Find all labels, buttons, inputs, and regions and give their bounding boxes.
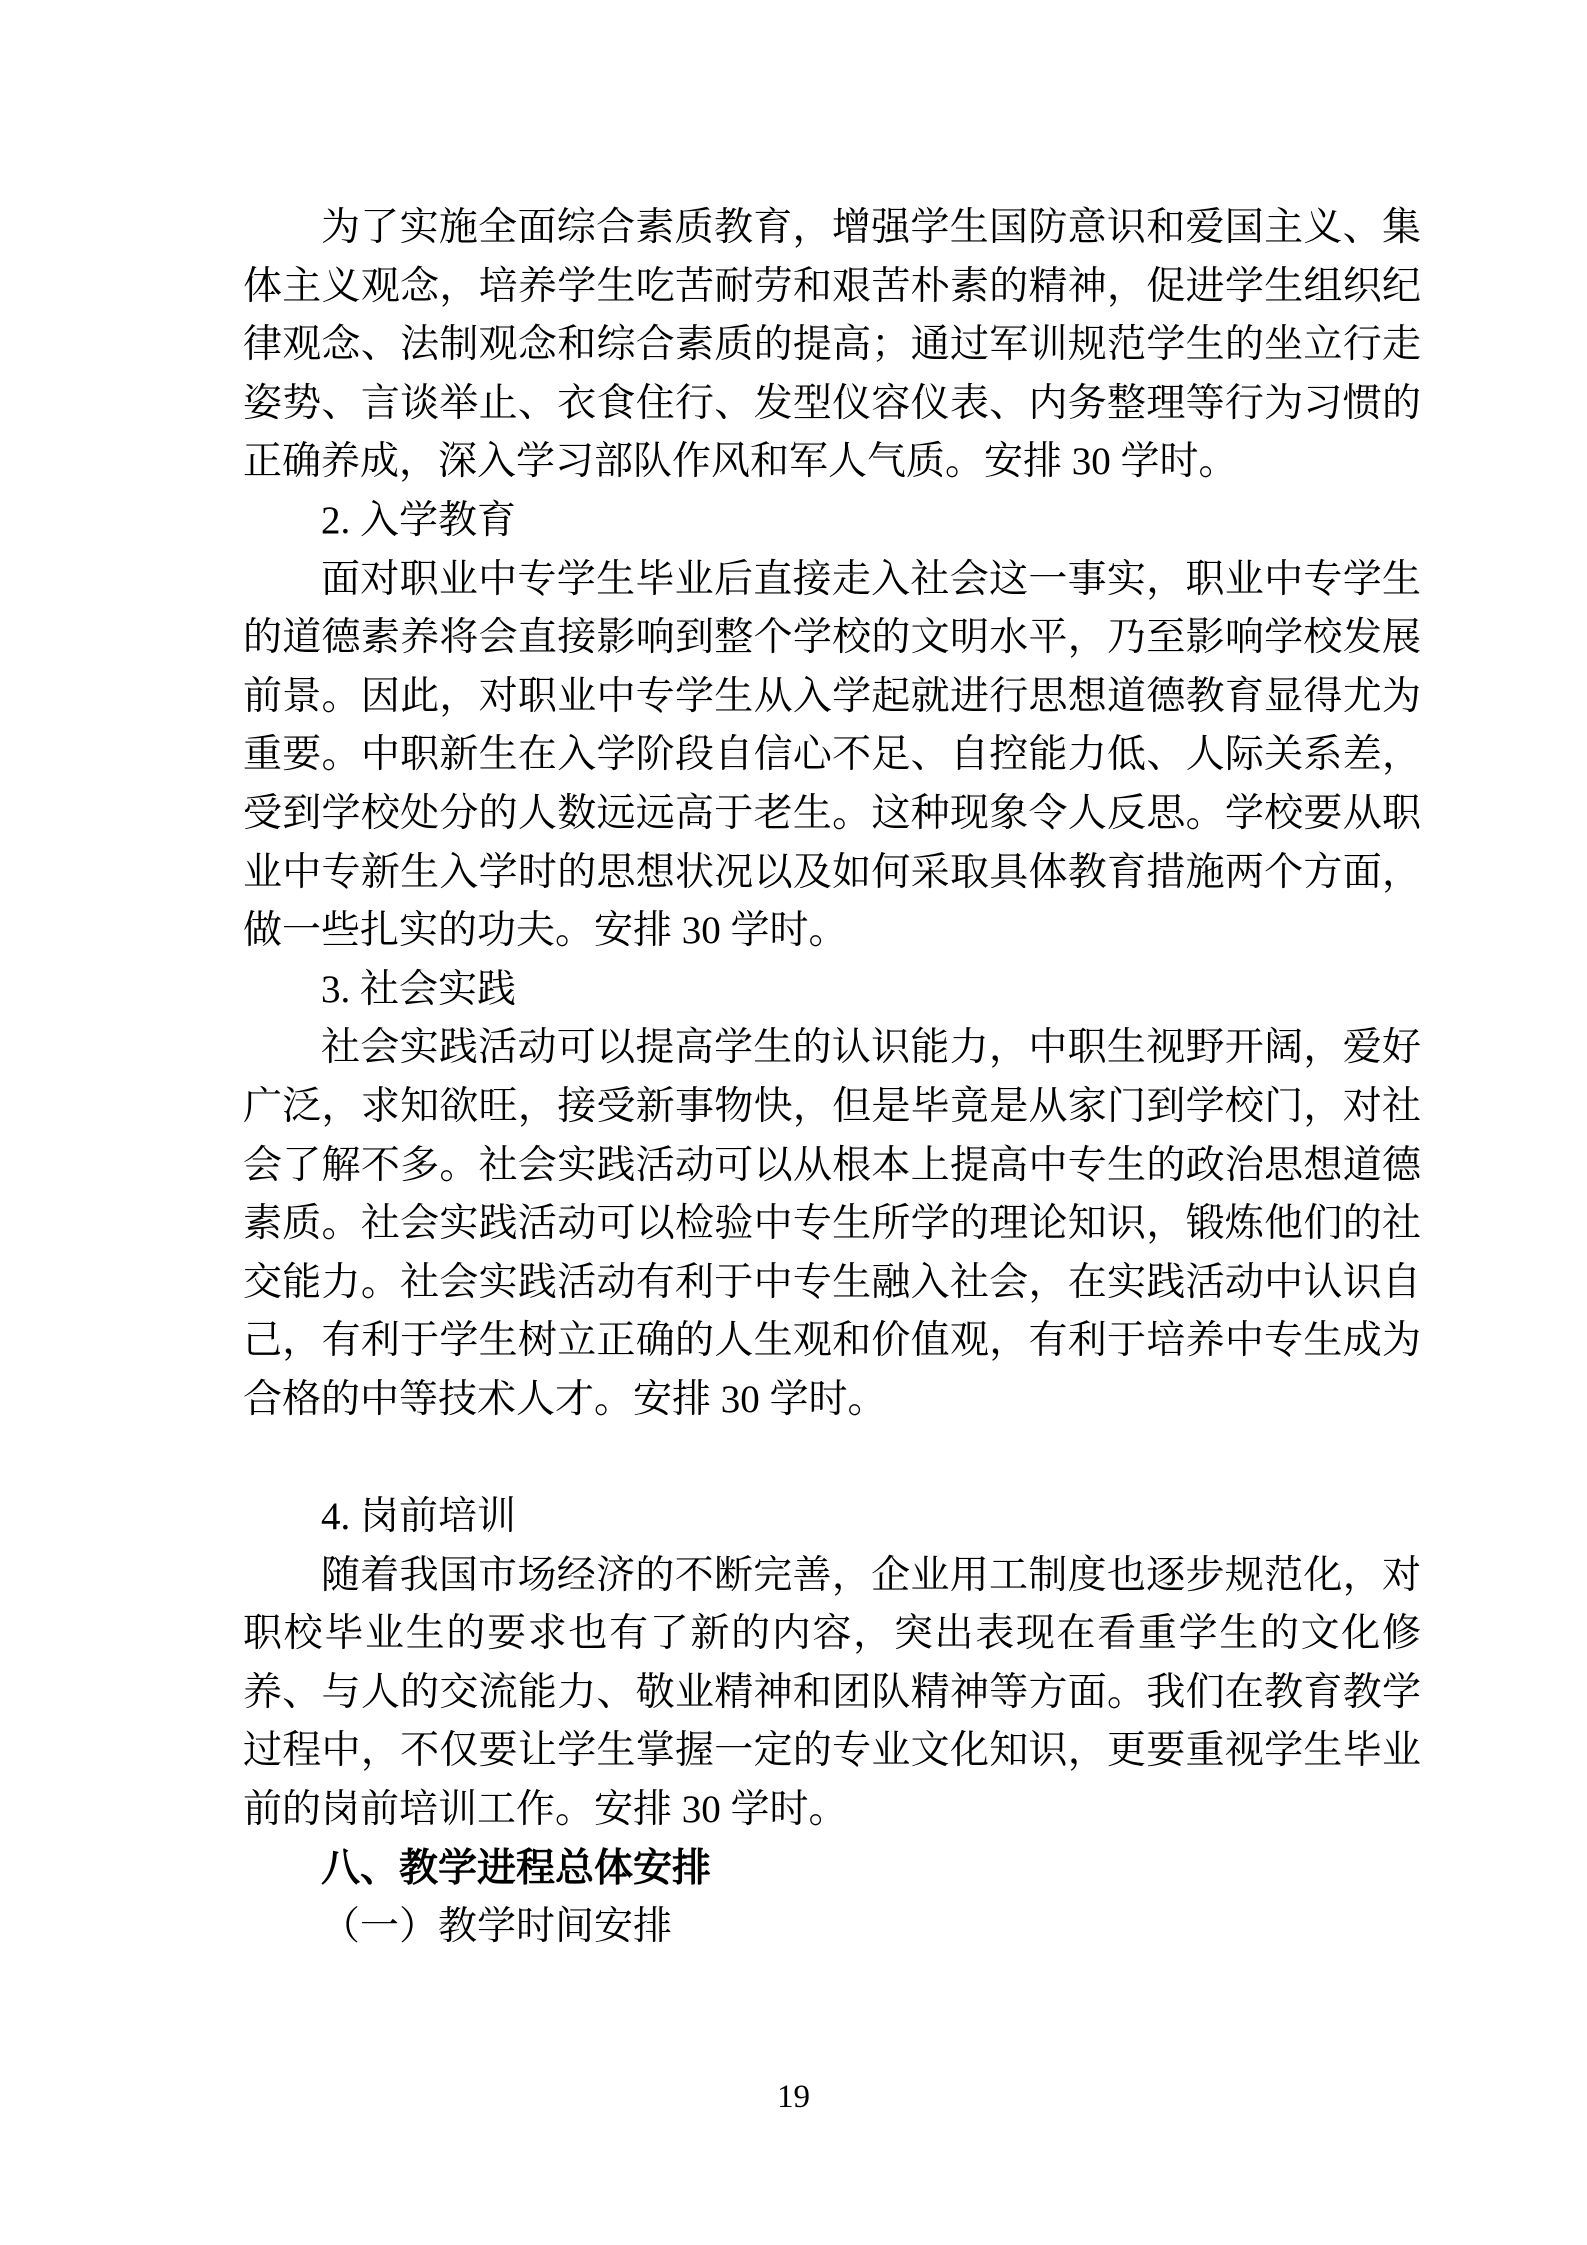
- page-number: 19: [0, 2078, 1587, 2116]
- heading-enrollment-education: 2. 入学教育: [243, 492, 1421, 551]
- paragraph-pre-job-training: 随着我国市场经济的不断完善，企业用工制度也逐步规范化，对职校毕业生的要求也有了新…: [243, 1547, 1421, 1840]
- paragraph-social-practice: 社会实践活动可以提高学生的认识能力，中职生视野开阔，爱好广泛，求知欲旺，接受新事…: [243, 1019, 1421, 1429]
- document-page: 为了实施全面综合素质教育，增强学生国防意识和爱国主义、集体主义观念，培养学生吃苦…: [0, 0, 1587, 2245]
- heading-social-practice: 3. 社会实践: [243, 961, 1421, 1020]
- blank-line: [243, 1429, 1421, 1488]
- heading-teaching-schedule-overall: 八、教学进程总体安排: [243, 1840, 1421, 1899]
- heading-pre-job-training: 4. 岗前培训: [243, 1488, 1421, 1547]
- paragraph-enrollment-education: 面对职业中专学生毕业后直接走入社会这一事实，职业中专学生的道德素养将会直接影响到…: [243, 551, 1421, 961]
- heading-teaching-time-arrangement: （一）教学时间安排: [243, 1898, 1421, 1957]
- document-body: 为了实施全面综合素质教育，增强学生国防意识和爱国主义、集体主义观念，培养学生吃苦…: [243, 199, 1421, 1957]
- paragraph-military-training: 为了实施全面综合素质教育，增强学生国防意识和爱国主义、集体主义观念，培养学生吃苦…: [243, 199, 1421, 492]
